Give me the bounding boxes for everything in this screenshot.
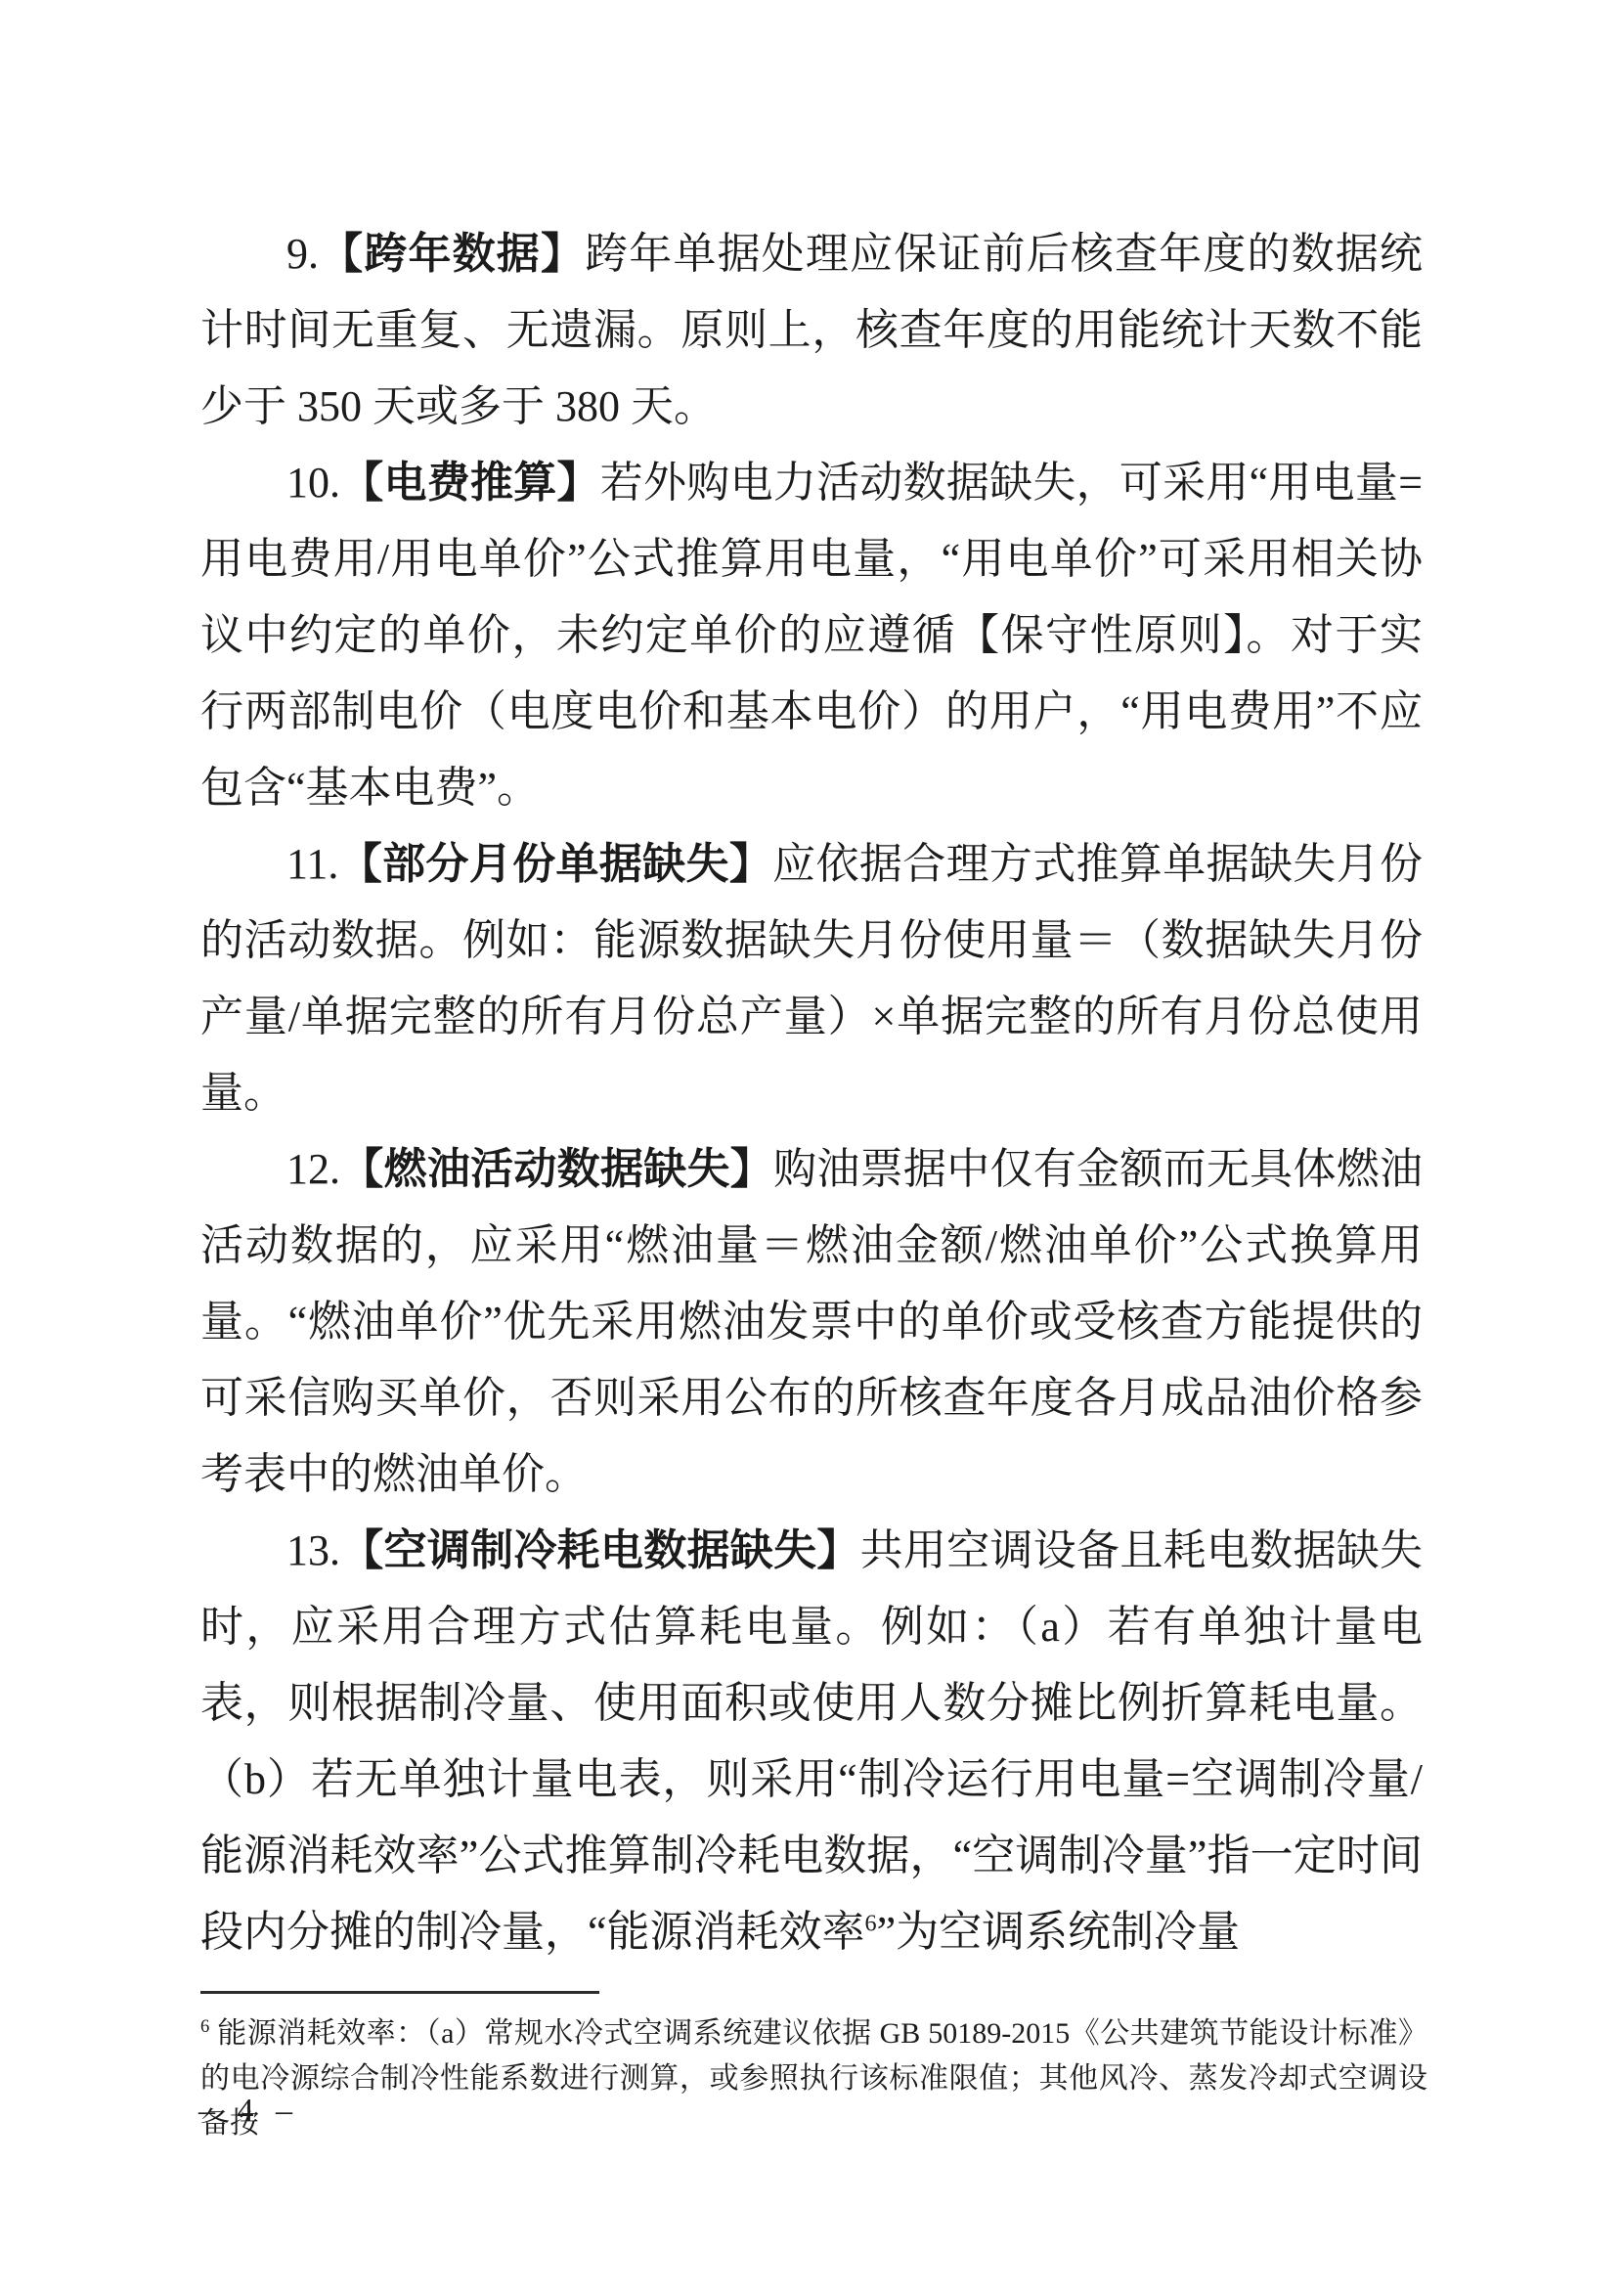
paragraph-13: 13.【空调制冷耗电数据缺失】共用空调设备且耗电数据缺失时，应采用合理方式估算耗… [200,1513,1423,1970]
paragraph-10-number: 10. [286,459,340,507]
document-body: 9.【跨年数据】跨年单据处理应保证前后核查年度的数据统计时间无重复、无遗漏。原则… [200,216,1423,1970]
paragraph-13-term: 【空调制冷耗电数据缺失】 [340,1525,860,1575]
paragraph-9: 9.【跨年数据】跨年单据处理应保证前后核查年度的数据统计时间无重复、无遗漏。原则… [200,216,1423,445]
paragraph-11-term: 【部分月份单据缺失】 [338,839,772,889]
paragraph-10-text: 若外购电力活动数据缺失，可采用“用电量=用电费用/用电单价”公式推算用电量，“用… [200,459,1423,812]
paragraph-9-number: 9. [286,230,319,278]
paragraph-12-number: 12. [286,1145,340,1193]
paragraph-12-text: 购油票据中仅有金额而无具体燃油活动数据的，应采用“燃油量＝燃油金额/燃油单价”公… [200,1145,1423,1498]
paragraph-12: 12.【燃油活动数据缺失】购油票据中仅有金额而无具体燃油活动数据的，应采用“燃油… [200,1131,1423,1513]
paragraph-10: 10.【电费推算】若外购电力活动数据缺失，可采用“用电量=用电费用/用电单价”公… [200,445,1423,826]
document-page: 9.【跨年数据】跨年单据处理应保证前后核查年度的数据统计时间无重复、无遗漏。原则… [0,0,1623,2296]
paragraph-13-text-tail: ”为空调系统制冷量 [877,1908,1241,1956]
footnote-text: 能源消耗效率：（a）常规水冷式空调系统建议依据 GB 50189-2015《公共… [200,2017,1427,2140]
paragraph-10-term: 【电费推算】 [340,458,600,508]
paragraph-9-term: 【跨年数据】 [319,229,585,279]
page-number: – 4 – [198,2093,299,2130]
paragraph-12-term: 【燃油活动数据缺失】 [340,1144,773,1194]
footnote-separator [200,1991,599,1994]
footnote: 6 能源消耗效率：（a）常规水冷式空调系统建议依据 GB 50189-2015《… [200,2011,1427,2146]
footnote-reference-6: 6 [865,1910,877,1936]
paragraph-11-number: 11. [286,840,338,888]
paragraph-11: 11.【部分月份单据缺失】应依据合理方式推算单据缺失月份的活动数据。例如：能源数… [200,826,1423,1131]
paragraph-13-text: 共用空调设备且耗电数据缺失时，应采用合理方式估算耗电量。例如：（a）若有单独计量… [200,1526,1423,1956]
footnote-marker-6: 6 [200,2016,209,2037]
paragraph-13-number: 13. [286,1526,340,1574]
